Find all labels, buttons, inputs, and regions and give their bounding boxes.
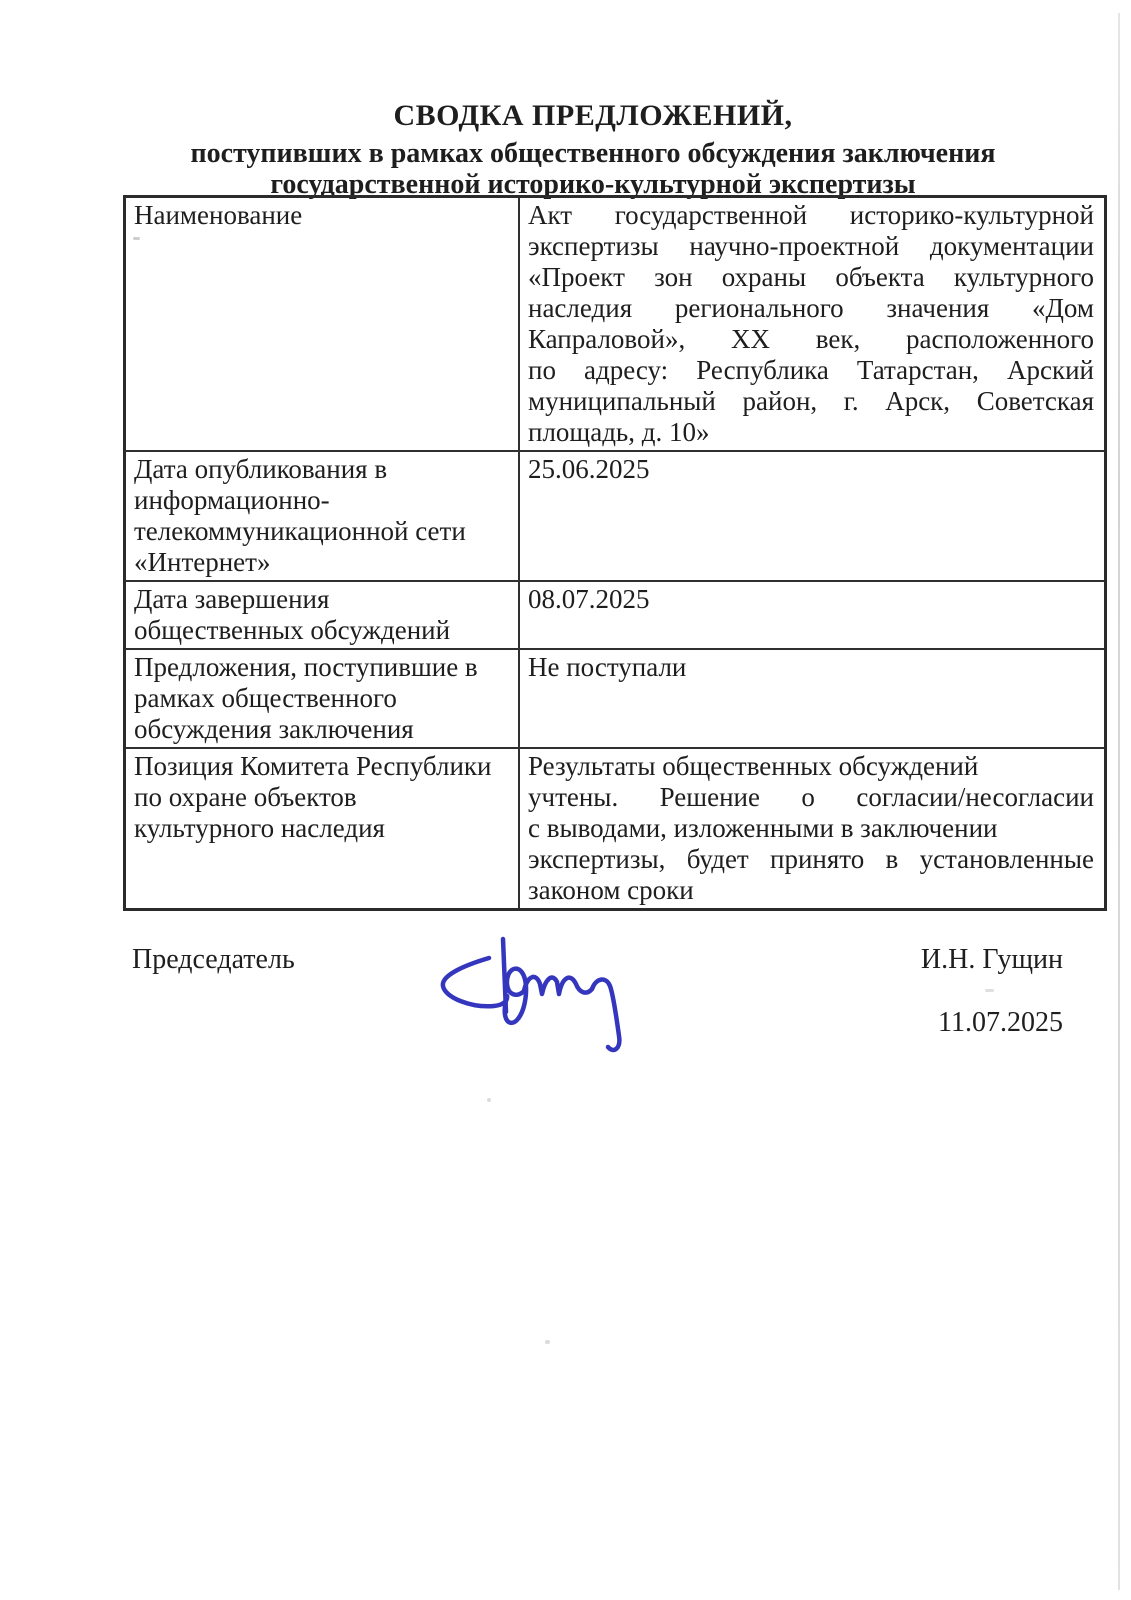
table-row: Дата опубликования в информационно- теле…	[125, 451, 1106, 581]
chairman-label: Председатель	[132, 944, 295, 976]
value-line: 25.06.2025	[528, 454, 1094, 485]
value-line: с выводами, изложенными в заключении	[528, 813, 1094, 844]
table-row: Предложения, поступившие в рамках общест…	[125, 649, 1106, 748]
row-value: 08.07.2025	[519, 581, 1106, 649]
row-label: Дата завершения общественных обсуждений	[125, 581, 520, 649]
document-subtitle-line: поступивших в рамках общественного обсуж…	[123, 138, 1063, 169]
scan-speck	[545, 1340, 550, 1344]
value-line: наследия регионального значения «Дом	[528, 293, 1094, 324]
label-line: культурного наследия	[134, 813, 508, 844]
label-line: обсуждения заключения	[134, 714, 508, 745]
document-title: СВОДКА ПРЕДЛОЖЕНИЙ,	[123, 99, 1063, 133]
value-line: «Проект зон охраны объекта культурного	[528, 262, 1094, 293]
value-line: Капраловой», XX век, расположенного	[528, 324, 1094, 355]
value-line: экспертизы научно-проектной документации	[528, 231, 1094, 262]
signature-ink	[428, 918, 633, 1068]
value-line: учтены. Решение о согласии/несогласии	[528, 782, 1094, 813]
label-line: Предложения, поступившие в	[134, 652, 508, 683]
row-label: Позиция Комитета Республики по охране об…	[125, 748, 520, 910]
value-line: по адресу: Республика Татарстан, Арский	[528, 355, 1094, 386]
label-line: «Интернет»	[134, 547, 508, 578]
table-row: Дата завершения общественных обсуждений …	[125, 581, 1106, 649]
value-line: муниципальный район, г. Арск, Советская	[528, 386, 1094, 417]
scan-speck	[985, 989, 994, 992]
value-line: Не поступали	[528, 652, 1094, 683]
label-line: Дата завершения	[134, 584, 508, 615]
label-line: телекоммуникационной сети	[134, 516, 508, 547]
row-value: 25.06.2025	[519, 451, 1106, 581]
table-row: Наименование Акт государственной историк…	[125, 197, 1106, 452]
value-line: 08.07.2025	[528, 584, 1094, 615]
value-line: законом сроки	[528, 875, 1094, 906]
label-line: по охране объектов	[134, 782, 508, 813]
document-header: СВОДКА ПРЕДЛОЖЕНИЙ, поступивших в рамках…	[123, 99, 1063, 200]
value-line: экспертизы, будет принято в установленны…	[528, 844, 1094, 875]
label-line: рамках общественного	[134, 683, 508, 714]
row-label: Наименование	[125, 197, 520, 452]
table-row: Позиция Комитета Республики по охране об…	[125, 748, 1106, 910]
value-line: Результаты общественных обсуждений	[528, 751, 1094, 782]
scan-speck	[133, 237, 140, 240]
sign-date: 11.07.2025	[938, 1007, 1063, 1039]
row-label: Предложения, поступившие в рамках общест…	[125, 649, 520, 748]
value-line: Акт государственной историко-культурной	[528, 200, 1094, 231]
scanned-document-page: СВОДКА ПРЕДЛОЖЕНИЙ, поступивших в рамках…	[0, 0, 1131, 1600]
label-line: информационно-	[134, 485, 508, 516]
label-line: Дата опубликования в	[134, 454, 508, 485]
value-line: площадь, д. 10»	[528, 417, 1094, 448]
row-value: Акт государственной историко-культурной …	[519, 197, 1106, 452]
label-line: Наименование	[134, 200, 508, 231]
scan-speck	[487, 1098, 491, 1102]
label-line: Позиция Комитета Республики	[134, 751, 508, 782]
row-value: Не поступали	[519, 649, 1106, 748]
row-value: Результаты общественных обсуждений учтен…	[519, 748, 1106, 910]
summary-table: Наименование Акт государственной историк…	[123, 195, 1107, 911]
scan-edge-line	[1118, 13, 1120, 1590]
row-label: Дата опубликования в информационно- теле…	[125, 451, 520, 581]
label-line: общественных обсуждений	[134, 615, 508, 646]
signer-name: И.Н. Гущин	[921, 944, 1063, 976]
